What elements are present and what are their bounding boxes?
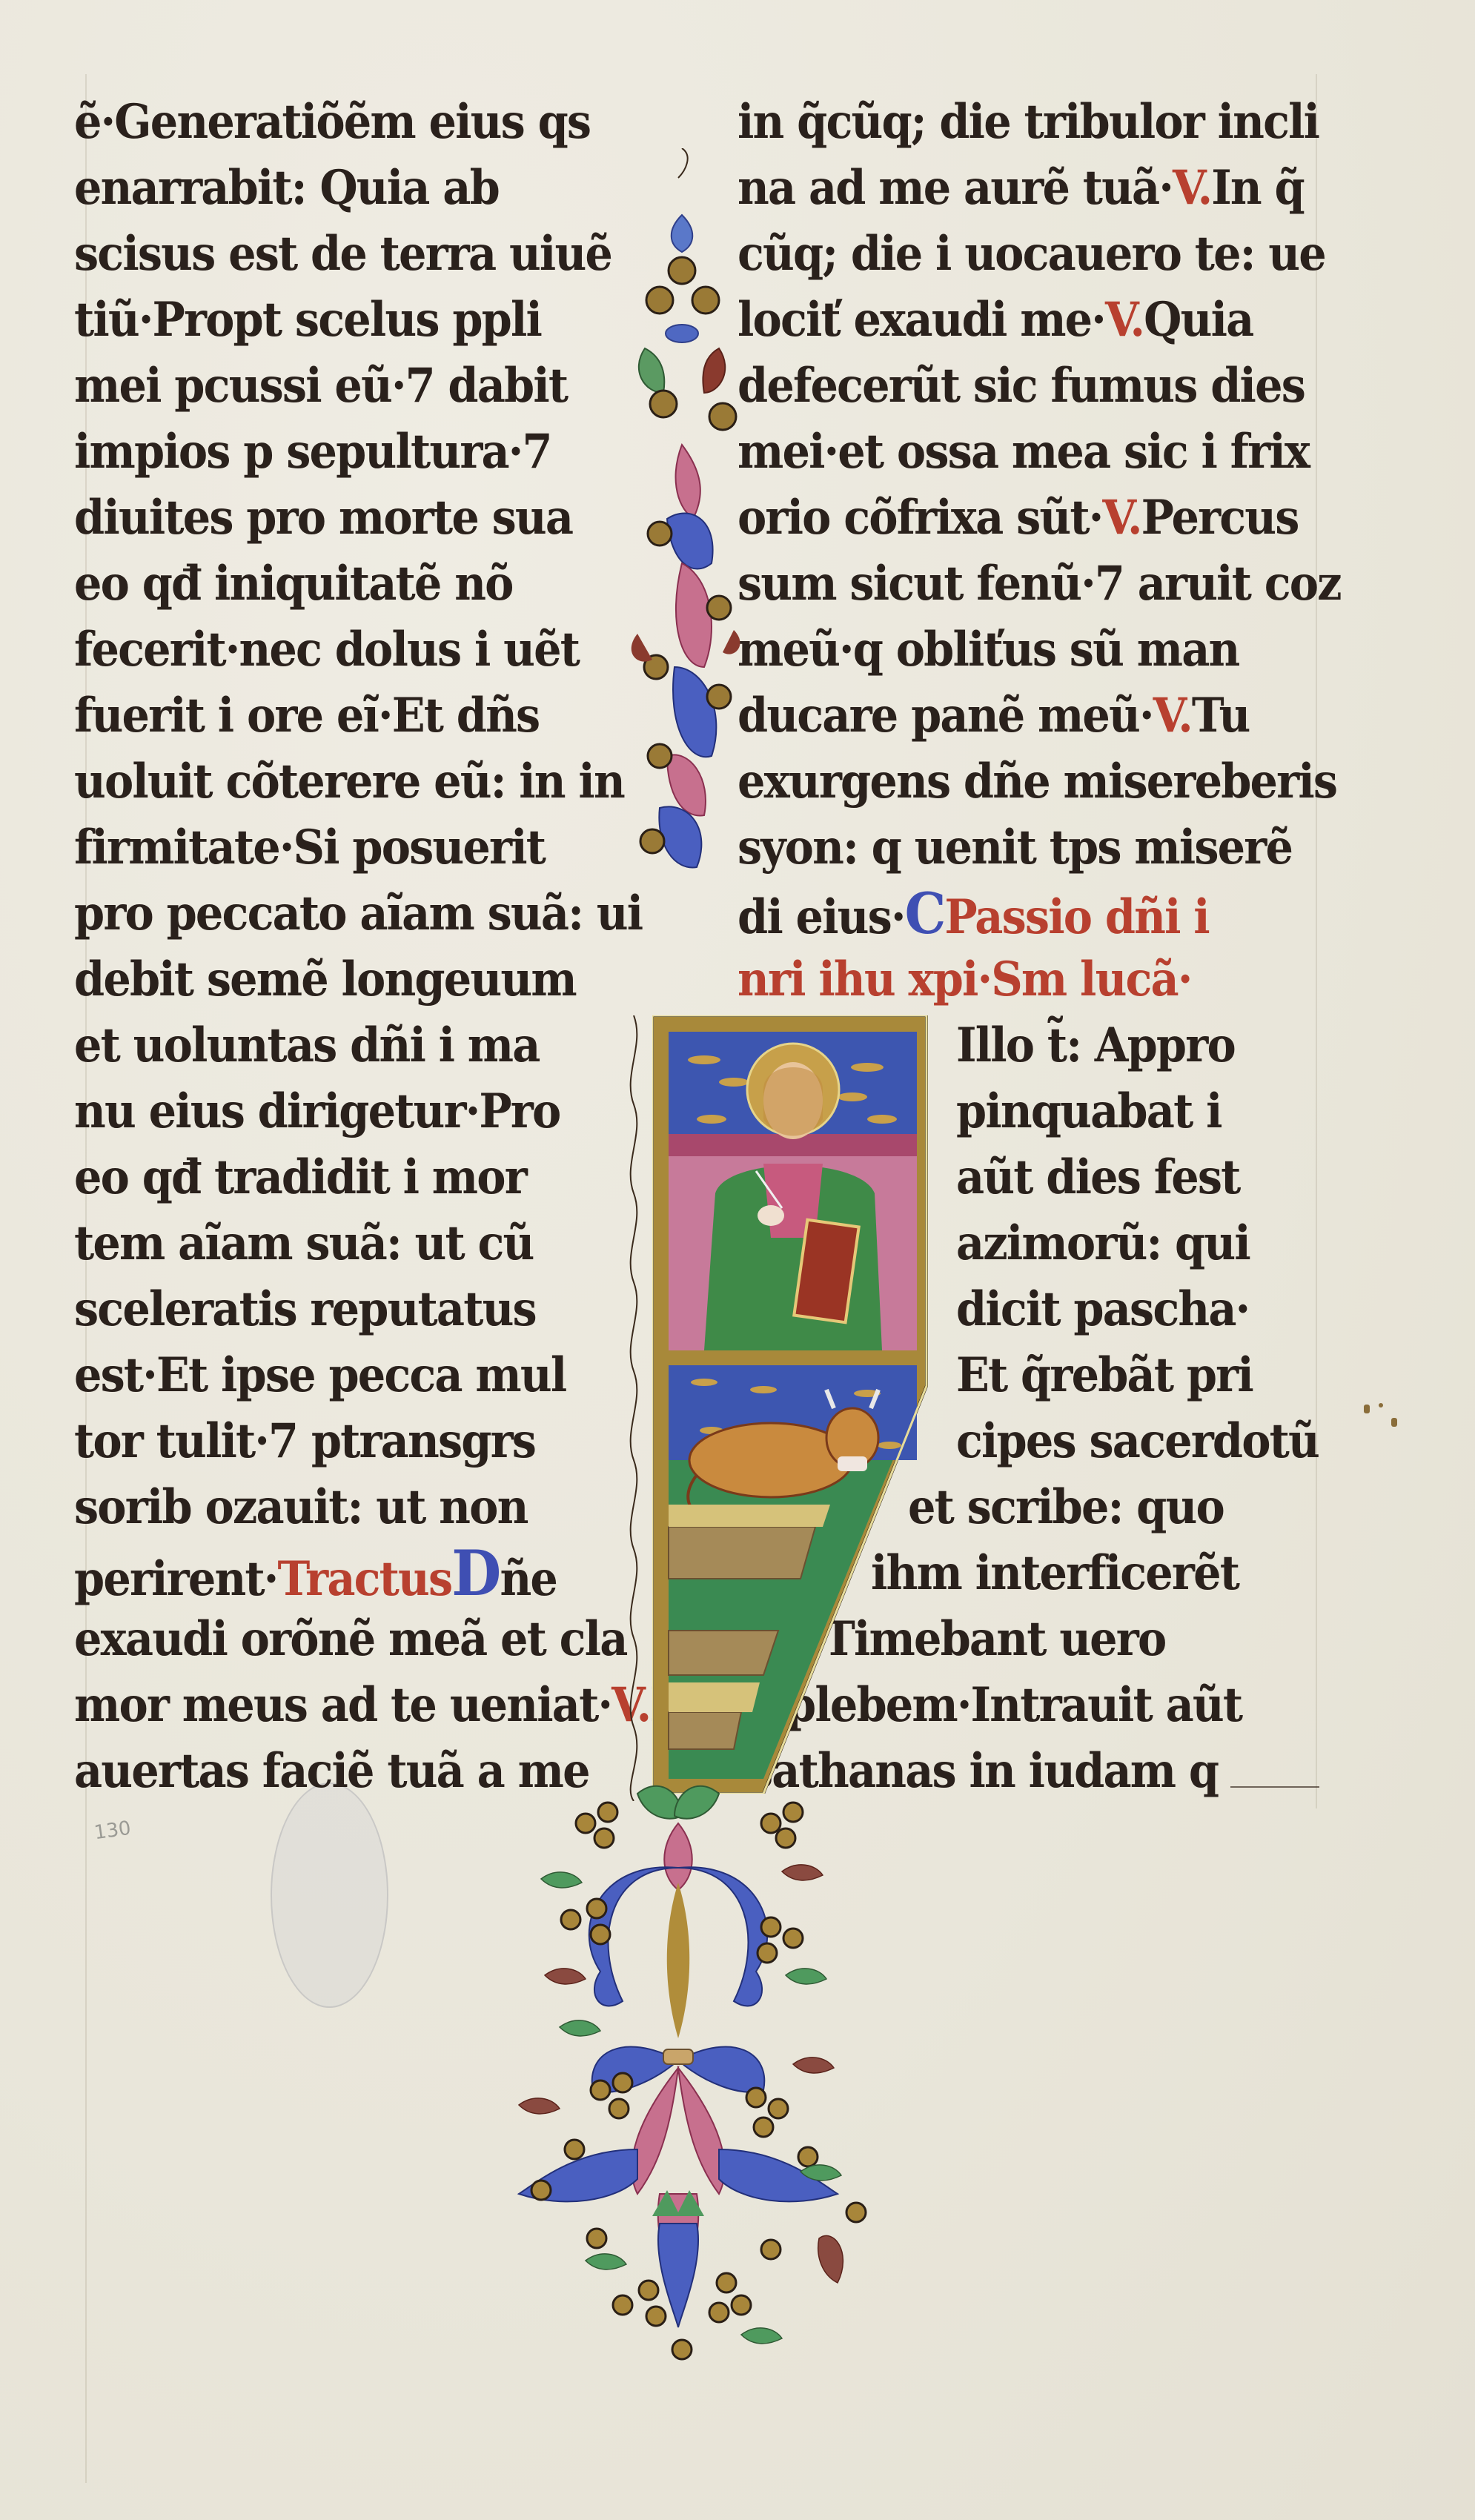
text-line: et uoluntas dñi i ma bbox=[74, 1012, 540, 1078]
margin-speck bbox=[1379, 1403, 1383, 1407]
text-line: exurgens dñe misereberis bbox=[737, 749, 1336, 815]
text-fragment: lociť exaudi me· bbox=[737, 292, 1105, 348]
text-line-with-rubric: perirent·TractusDñe bbox=[74, 1540, 557, 1612]
text-line: mei·et ossa mea sic i frix bbox=[737, 419, 1309, 485]
text-line: fecerit·nec dolus i uẽt bbox=[74, 617, 579, 683]
initial-letter-i-icon bbox=[652, 1015, 934, 1794]
text-line: pinquabat i bbox=[956, 1078, 1222, 1144]
text-line: ẽ·Generatiõẽm eius qs bbox=[74, 89, 590, 155]
gold-bezant-icon bbox=[639, 148, 736, 430]
text-line: Illo t̃: Appro bbox=[956, 1012, 1235, 1078]
verse-mark: V. bbox=[1102, 490, 1141, 546]
upper-foliage-ornament bbox=[623, 148, 749, 1023]
text-fragment: Percus bbox=[1141, 490, 1299, 546]
text-line: debit semẽ longeuum bbox=[74, 946, 576, 1012]
rubric-heading: Passio dñi i bbox=[944, 889, 1208, 945]
text-line: firmitate·Si posuerit bbox=[74, 815, 545, 881]
text-line: tem aĩam suã: ut cũ bbox=[74, 1210, 533, 1276]
text-line: syon: q uenit tps miserẽ bbox=[737, 815, 1292, 881]
text-fragment: orio cõfrixa sũt· bbox=[737, 490, 1102, 546]
text-line: exaudi orõnẽ meã et cla bbox=[74, 1606, 627, 1672]
text-line-with-verse: lociť exaudi me·V.Quia bbox=[737, 287, 1253, 353]
text-line: sceleratis reputatus bbox=[74, 1276, 536, 1342]
left-text-column: ẽ·Generatiõẽm eius qs enarrabit: Quia ab… bbox=[74, 89, 637, 1794]
text-line: sum sicut fenũ·7 aruit coz bbox=[737, 551, 1341, 617]
text-line-with-heading: di eius·CPassio dñi i bbox=[737, 881, 1209, 950]
rubric-tractus: Tractus bbox=[277, 1551, 451, 1607]
text-line: azimorũ: qui bbox=[956, 1210, 1250, 1276]
text-fragment: ñe bbox=[500, 1551, 557, 1607]
pencil-folio-note: 130 bbox=[93, 1817, 132, 1845]
text-line: cipes sacerdotũ bbox=[956, 1408, 1319, 1474]
st-luke-miniature bbox=[669, 1032, 917, 1350]
illuminated-initial-panel bbox=[652, 1015, 934, 1794]
verse-mark: V. bbox=[1153, 688, 1192, 743]
text-line: eo qđ iniquitatẽ nõ bbox=[74, 551, 513, 617]
text-fragment: na ad me aurẽ tuã· bbox=[737, 160, 1173, 216]
text-line: cũq; die i uocauero te: ue bbox=[737, 221, 1325, 287]
text-line: tor tulit·7 ptransgrs bbox=[74, 1408, 535, 1474]
text-fragment: Tu bbox=[1192, 688, 1250, 743]
text-line: aũt dies fest bbox=[956, 1144, 1240, 1210]
penwork-filigree bbox=[615, 1015, 652, 1801]
text-fragment: mor meus ad te ueniat· bbox=[74, 1677, 611, 1733]
verse-mark: V. bbox=[1105, 292, 1144, 348]
text-line: nu eius dirigetur·Pro bbox=[74, 1078, 560, 1144]
text-line: eo qđ tradidit i mor bbox=[74, 1144, 526, 1210]
text-line-with-verse: na ad me aurẽ tuã·V.In q̃ bbox=[737, 155, 1304, 221]
text-fragment: di eius· bbox=[737, 889, 905, 945]
text-line: fuerit i ore eĩ·Et dñs bbox=[74, 683, 539, 749]
text-fragment: ducare panẽ meũ· bbox=[737, 688, 1153, 743]
text-line: mei pcussi eũ·7 dabit bbox=[74, 353, 567, 419]
text-line: uoluit cõterere eũ: in in bbox=[74, 749, 624, 815]
margin-speck bbox=[1391, 1418, 1397, 1427]
text-line-with-verse: orio cõfrixa sũt·V.Percus bbox=[737, 485, 1299, 551]
verse-mark: V. bbox=[1173, 160, 1211, 216]
blue-initial-d: D bbox=[451, 1536, 500, 1610]
text-line: et scribe: quo bbox=[908, 1474, 1224, 1540]
text-line-with-verse: ducare panẽ meũ·V.Tu bbox=[737, 683, 1249, 749]
margin-speck bbox=[1364, 1405, 1370, 1413]
right-margin-rule bbox=[1316, 74, 1317, 1808]
text-line: dicit pascha· bbox=[956, 1276, 1249, 1342]
text-line: scisus est de terra uiuẽ bbox=[74, 221, 611, 287]
text-line: Et q̃rebãt pri bbox=[956, 1342, 1253, 1408]
text-line: in q̃cũq; die tribulor incli bbox=[737, 89, 1319, 155]
text-line: sorib ozauit: ut non bbox=[74, 1474, 528, 1540]
rubric-heading-line: nri ihu xpi·Sm lucã· bbox=[737, 946, 1192, 1012]
text-line: enarrabit: Quia ab bbox=[74, 155, 499, 221]
text-line: est·Et ipse pecca mul bbox=[74, 1342, 566, 1408]
text-line: meũ·q obliťus sũ man bbox=[737, 617, 1239, 683]
bottom-acanthus-ornament bbox=[415, 1779, 949, 2409]
text-line: diuites pro morte sua bbox=[74, 485, 572, 551]
paper-stain bbox=[271, 1783, 388, 2008]
text-line: pro peccato aĩam suã: ui bbox=[74, 881, 642, 946]
text-fragment: In q̃ bbox=[1211, 160, 1304, 216]
blue-initial-c: C bbox=[905, 881, 945, 946]
text-line: impios p sepultura·7 bbox=[74, 419, 551, 485]
text-fragment: perirent· bbox=[74, 1551, 277, 1607]
text-line: tiũ·Propt scelus ppli bbox=[74, 287, 541, 353]
text-line: defecerũt sic fumus dies bbox=[737, 353, 1305, 419]
text-fragment: Quia bbox=[1144, 292, 1253, 348]
